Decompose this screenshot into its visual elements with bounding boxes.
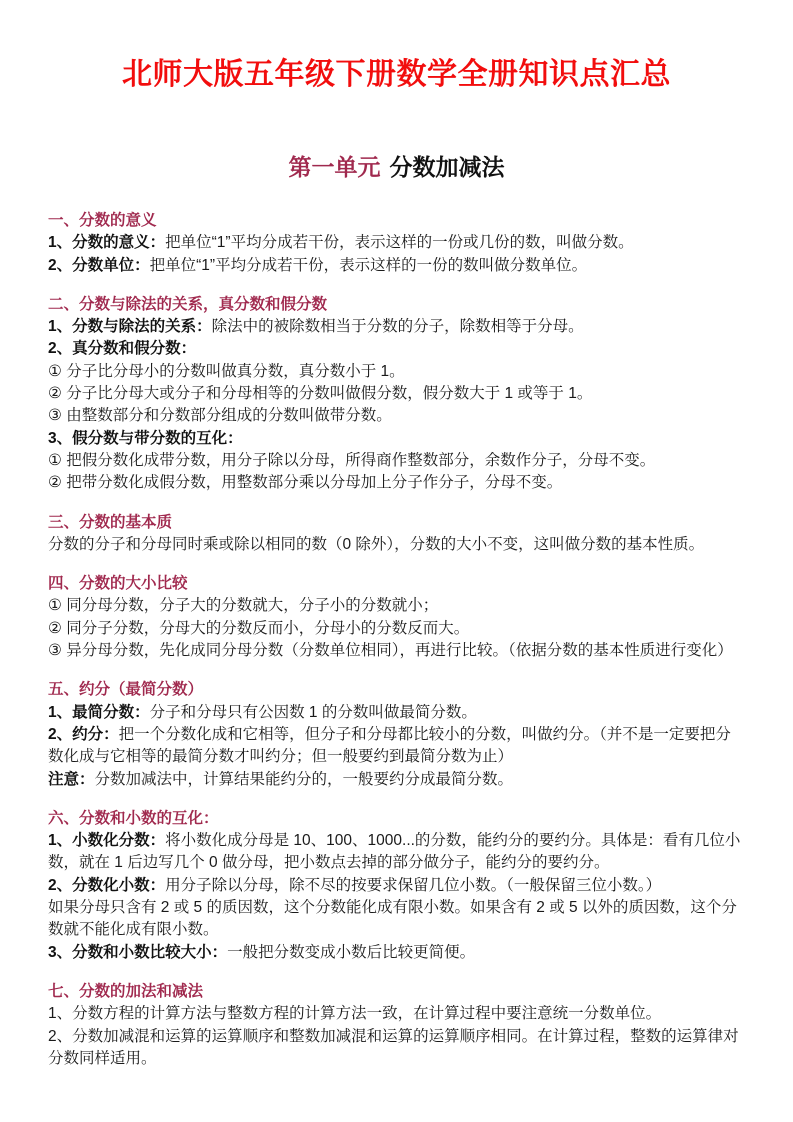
line-text: 把单位“1”平均分成若干份，表示这样的一份或几份的数，叫做分数。 (165, 234, 633, 251)
section-4: 四、分数的大小比较① 同分母分数，分子大的分数就大，分子小的分数就小；② 同分子… (48, 573, 745, 662)
document-page: 北师大版五年级下册数学全册知识点汇总 第一单元分数加减法 一、分数的意义1、分数… (0, 0, 793, 1122)
section-line: 注意：分数加减法中，计算结果能约分的，一般要约分成最简分数。 (48, 769, 745, 791)
line-text: 如果分母只含有 2 或 5 的质因数，这个分数能化成有限小数。如果含有 2 或 … (48, 899, 737, 938)
section-line: 如果分母只含有 2 或 5 的质因数，这个分数能化成有限小数。如果含有 2 或 … (48, 897, 745, 942)
line-lead-bold: 3、分数和小数比较大小： (48, 944, 227, 961)
section-line: 分数的分子和分母同时乘或除以相同的数（0 除外），分数的大小不变，这叫做分数的基… (48, 534, 745, 556)
section-heading: 一、分数的意义 (48, 210, 745, 232)
section-line: 3、分数和小数比较大小：一般把分数变成小数后比较更简便。 (48, 942, 745, 964)
line-text: 分子和分母只有公因数 1 的分数叫做最简分数。 (150, 704, 477, 721)
line-lead-bold: 1、最简分数： (48, 704, 150, 721)
line-text: 2、分数加减混和运算的运算顺序和整数加减混和运算的运算顺序相同。在计算过程，整数… (48, 1028, 739, 1067)
line-text: 用分子除以分母，除不尽的按要求保留几位小数。（一般保留三位小数。） (165, 877, 661, 894)
line-lead-bold: 3、假分数与带分数的互化： (48, 430, 243, 447)
section-line: 2、分数加减混和运算的运算顺序和整数加减混和运算的运算顺序相同。在计算过程，整数… (48, 1026, 745, 1071)
section-line: 1、分数与除法的关系：除法中的被除数相当于分数的分子，除数相等于分母。 (48, 316, 745, 338)
unit-title: 第一单元分数加减法 (48, 152, 745, 182)
line-lead-bold: 1、分数与除法的关系： (48, 318, 212, 335)
line-text: ① 同分母分数，分子大的分数就大，分子小的分数就小； (48, 597, 438, 614)
line-text: ③ 由整数部分和分数部分组成的分数叫做带分数。 (48, 407, 392, 424)
line-text: ① 把假分数化成带分数，用分子除以分母，所得商作整数部分，余数作分子，分母不变。 (48, 452, 655, 469)
line-lead-bold: 1、分数的意义： (48, 234, 165, 251)
line-text: 分数加减法中，计算结果能约分的，一般要约分成最简分数。 (95, 771, 514, 788)
line-text: 1、分数方程的计算方法与整数方程的计算方法一致，在计算过程中要注意统一分数单位。 (48, 1005, 661, 1022)
section-line: 1、分数的意义：把单位“1”平均分成若干份，表示这样的一份或几份的数，叫做分数。 (48, 232, 745, 254)
line-text: 一般把分数变成小数后比较更简便。 (227, 944, 475, 961)
line-text: ② 把带分数化成假分数，用整数部分乘以分母加上分子作分子，分母不变。 (48, 474, 562, 491)
line-text: 除法中的被除数相当于分数的分子，除数相等于分母。 (212, 318, 584, 335)
document-title: 北师大版五年级下册数学全册知识点汇总 (48, 58, 745, 92)
section-line: 1、最简分数：分子和分母只有公因数 1 的分数叫做最简分数。 (48, 702, 745, 724)
sections-container: 一、分数的意义1、分数的意义：把单位“1”平均分成若干份，表示这样的一份或几份的… (48, 210, 745, 1070)
section-heading: 三、分数的基本质 (48, 512, 745, 534)
section-line: ② 把带分数化成假分数，用整数部分乘以分母加上分子作分子，分母不变。 (48, 472, 745, 494)
section-heading: 四、分数的大小比较 (48, 573, 745, 595)
section-heading: 六、分数和小数的互化： (48, 808, 745, 830)
section-line: 2、真分数和假分数： (48, 338, 745, 360)
section-line: ① 把假分数化成带分数，用分子除以分母，所得商作整数部分，余数作分子，分母不变。 (48, 450, 745, 472)
section-line: ③ 由整数部分和分数部分组成的分数叫做带分数。 (48, 405, 745, 427)
section-line: 1、分数方程的计算方法与整数方程的计算方法一致，在计算过程中要注意统一分数单位。 (48, 1003, 745, 1025)
section-line: ① 分子比分母小的分数叫做真分数，真分数小于 1。 (48, 361, 745, 383)
unit-label: 第一单元 (289, 154, 381, 180)
section-1: 一、分数的意义1、分数的意义：把单位“1”平均分成若干份，表示这样的一份或几份的… (48, 210, 745, 277)
section-heading: 二、分数与除法的关系，真分数和假分数 (48, 294, 745, 316)
section-line: 3、假分数与带分数的互化： (48, 428, 745, 450)
line-text: ① 分子比分母小的分数叫做真分数，真分数小于 1。 (48, 363, 405, 380)
line-lead-bold: 1、小数化分数： (48, 832, 165, 849)
section-line: ② 同分子分数，分母大的分数反而小，分母小的分数反而大。 (48, 618, 745, 640)
section-line: 1、小数化分数：将小数化成分母是 10、100、1000...的分数，能约分的要… (48, 830, 745, 875)
section-line: ③ 异分母分数，先化成同分母分数（分数单位相同），再进行比较。（依据分数的基本性… (48, 640, 745, 662)
line-text: ② 同分子分数，分母大的分数反而小，分母小的分数反而大。 (48, 620, 469, 637)
section-3: 三、分数的基本质分数的分子和分母同时乘或除以相同的数（0 除外），分数的大小不变… (48, 512, 745, 557)
section-heading: 五、约分（最简分数） (48, 679, 745, 701)
section-6: 六、分数和小数的互化：1、小数化分数：将小数化成分母是 10、100、1000.… (48, 808, 745, 964)
section-line: ① 同分母分数，分子大的分数就大，分子小的分数就小； (48, 595, 745, 617)
line-text: 把单位“1”平均分成若干份，表示这样的一份的数叫做分数单位。 (150, 257, 587, 274)
line-text: ② 分子比分母大或分子和分母相等的分数叫做假分数，假分数大于 1 或等于 1。 (48, 385, 592, 402)
section-line: 2、分数化小数：用分子除以分母，除不尽的按要求保留几位小数。（一般保留三位小数。… (48, 875, 745, 897)
line-lead-bold: 2、分数化小数： (48, 877, 165, 894)
line-lead-bold: 2、分数单位： (48, 257, 150, 274)
line-lead-bold: 2、约分： (48, 726, 119, 743)
section-5: 五、约分（最简分数）1、最简分数：分子和分母只有公因数 1 的分数叫做最简分数。… (48, 679, 745, 790)
section-2: 二、分数与除法的关系，真分数和假分数1、分数与除法的关系：除法中的被除数相当于分… (48, 294, 745, 495)
line-lead-bold: 注意： (48, 771, 95, 788)
section-line: 2、分数单位：把单位“1”平均分成若干份，表示这样的一份的数叫做分数单位。 (48, 255, 745, 277)
section-line: ② 分子比分母大或分子和分母相等的分数叫做假分数，假分数大于 1 或等于 1。 (48, 383, 745, 405)
line-text: 分数的分子和分母同时乘或除以相同的数（0 除外），分数的大小不变，这叫做分数的基… (48, 536, 704, 553)
section-line: 2、约分：把一个分数化成和它相等，但分子和分母都比较小的分数，叫做约分。（并不是… (48, 724, 745, 769)
section-7: 七、分数的加法和减法1、分数方程的计算方法与整数方程的计算方法一致，在计算过程中… (48, 981, 745, 1070)
line-text: ③ 异分母分数，先化成同分母分数（分数单位相同），再进行比较。（依据分数的基本性… (48, 642, 733, 659)
section-heading: 七、分数的加法和减法 (48, 981, 745, 1003)
line-lead-bold: 2、真分数和假分数： (48, 340, 196, 357)
line-text: 把一个分数化成和它相等，但分子和分母都比较小的分数，叫做约分。（并不是一定要把分… (48, 726, 731, 765)
unit-name: 分数加减法 (390, 154, 505, 180)
